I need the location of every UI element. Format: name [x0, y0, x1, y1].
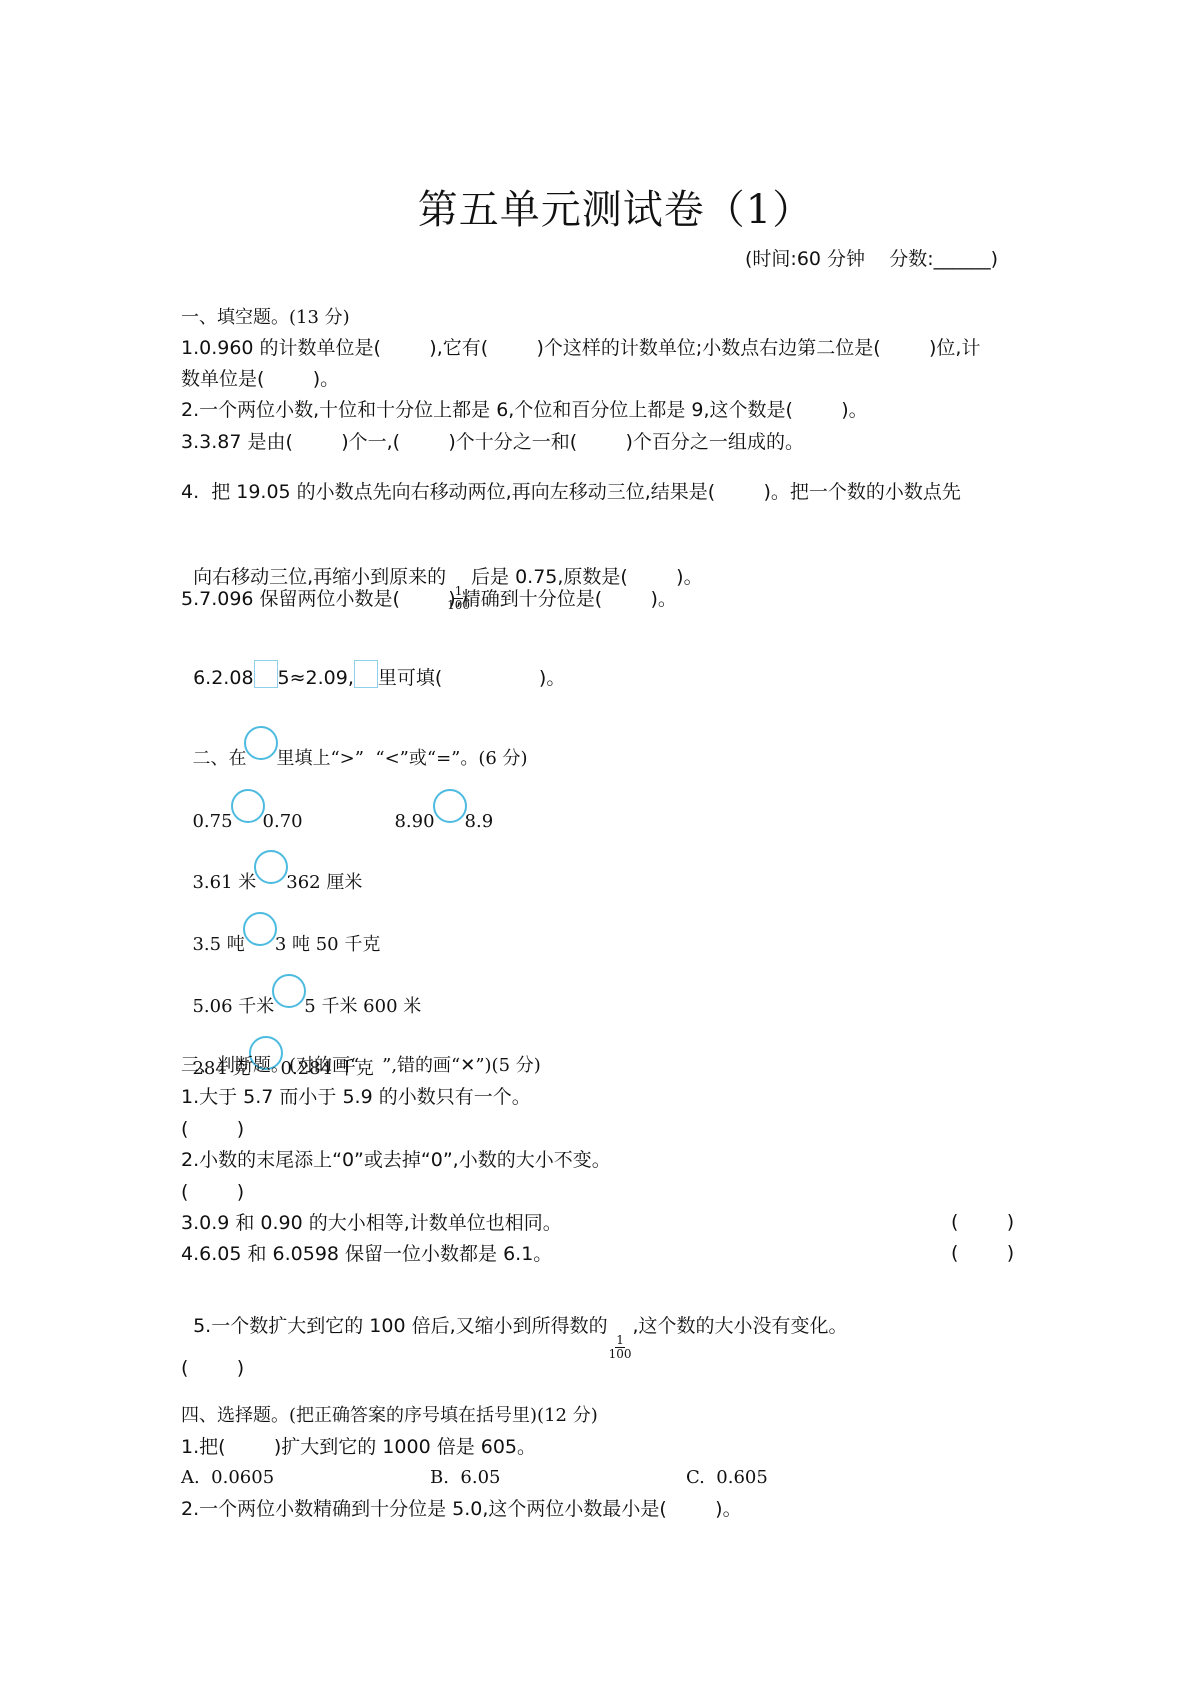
- s1-question-2: 2.一个两位小数,十位和十分位上都是 6,个位和百分位上都是 9,这个数是( )…: [181, 398, 868, 422]
- s1-question-3: 3.3.87 是由( )个一,( )个十分之一和( )个百分之一组成的。: [181, 430, 804, 454]
- compare-circle-input[interactable]: [272, 974, 306, 1008]
- s3-question-5: 5.一个数扩大到它的 100 倍后,又缩小到所得数的1100,这个数的大小没有变…: [181, 1290, 848, 1361]
- s4-q1-option-b[interactable]: B. 6.05: [430, 1466, 500, 1490]
- s3-answer-3[interactable]: ( ): [951, 1211, 1014, 1233]
- fraction-one-hundredth: 1100: [609, 1334, 632, 1361]
- section-2-heading: 二、在里填上“>” “<”或“=”。(6 分): [181, 702, 528, 771]
- compare-circle-input[interactable]: [243, 912, 277, 946]
- s4-q1-option-c[interactable]: C. 0.605: [686, 1466, 768, 1490]
- section-1-heading: 一、填空题。(13 分): [181, 306, 350, 330]
- s1-question-1-line2: 数单位是( )。: [181, 367, 339, 391]
- q4-text-b: 后是 0.75,原数是( )。: [471, 566, 703, 588]
- compare-item-2: 8.908.9: [383, 765, 493, 834]
- s4-q1-option-a[interactable]: A. 0.0605: [181, 1466, 274, 1490]
- s4-question-2: 2.一个两位小数精确到十分位是 5.0,这个两位小数最小是( )。: [181, 1497, 742, 1521]
- compare-item-4: 3.5 吨3 吨 50 千克: [181, 888, 380, 957]
- q4-text-a: 向右移动三位,再缩小到原来的: [193, 566, 446, 588]
- q6-text-c: 里可填( )。: [378, 667, 565, 689]
- s3-answer-5[interactable]: ( ): [181, 1356, 244, 1380]
- compare-circle-input[interactable]: [231, 789, 265, 823]
- compare-circle-icon: [244, 726, 278, 760]
- s3-question-2: 2.小数的末尾添上“0”或去掉“0”,小数的大小不变。: [181, 1148, 611, 1172]
- compare-item-5: 5.06 千米5 千米 600 米: [181, 950, 421, 1019]
- section-3-heading: 三、判断题。(对的画“ ”,错的画“✕”)(5 分): [181, 1054, 541, 1078]
- compare-item-3: 3.61 米362 厘米: [181, 826, 362, 895]
- compare-circle-input[interactable]: [433, 789, 467, 823]
- s3-answer-2[interactable]: ( ): [181, 1180, 244, 1204]
- compare-item-1: 0.750.70: [181, 765, 303, 834]
- s3-question-1: 1.大于 5.7 而小于 5.9 的小数只有一个。: [181, 1085, 531, 1109]
- s1-question-5: 5.7.096 保留两位小数是( ),精确到十分位是( )。: [181, 587, 677, 611]
- q6-text-b: 5≈2.09,: [278, 667, 354, 689]
- s3-answer-4[interactable]: ( ): [951, 1242, 1014, 1264]
- s3-question-4: 4.6.05 和 6.0598 保留一位小数都是 6.1。: [181, 1242, 552, 1266]
- q6-text-a: 6.2.08: [193, 667, 253, 689]
- time-score-info: (时间:60 分钟 分数:______): [745, 244, 998, 271]
- blank-square-ref: [354, 660, 378, 688]
- s3-q5-text-b: ,这个数的大小没有变化。: [633, 1315, 848, 1337]
- compare-right: 8.9: [465, 811, 494, 832]
- s4-question-1: 1.把( )扩大到它的 1000 倍是 605。: [181, 1435, 536, 1459]
- s1-question-6: 6.2.085≈2.09,里可填( )。: [181, 636, 565, 690]
- page-title: 第五单元测试卷（1）: [0, 178, 1191, 235]
- blank-square[interactable]: [254, 660, 278, 688]
- compare-left: 8.90: [394, 811, 434, 832]
- s1-question-4-line1: 4. 把 19.05 的小数点先向右移动两位,再向左移动三位,结果是( )。把一…: [181, 480, 961, 504]
- section-4-heading: 四、选择题。(把正确答案的序号填在括号里)(12 分): [181, 1404, 598, 1428]
- s1-question-1-line1: 1.0.960 的计数单位是( ),它有( )个这样的计数单位;小数点右边第二位…: [181, 336, 980, 360]
- s3-answer-1[interactable]: ( ): [181, 1117, 244, 1141]
- compare-circle-input[interactable]: [254, 850, 288, 884]
- s3-question-3: 3.0.9 和 0.90 的大小相等,计数单位也相同。: [181, 1211, 562, 1235]
- s3-q5-text-a: 5.一个数扩大到它的 100 倍后,又缩小到所得数的: [193, 1315, 608, 1337]
